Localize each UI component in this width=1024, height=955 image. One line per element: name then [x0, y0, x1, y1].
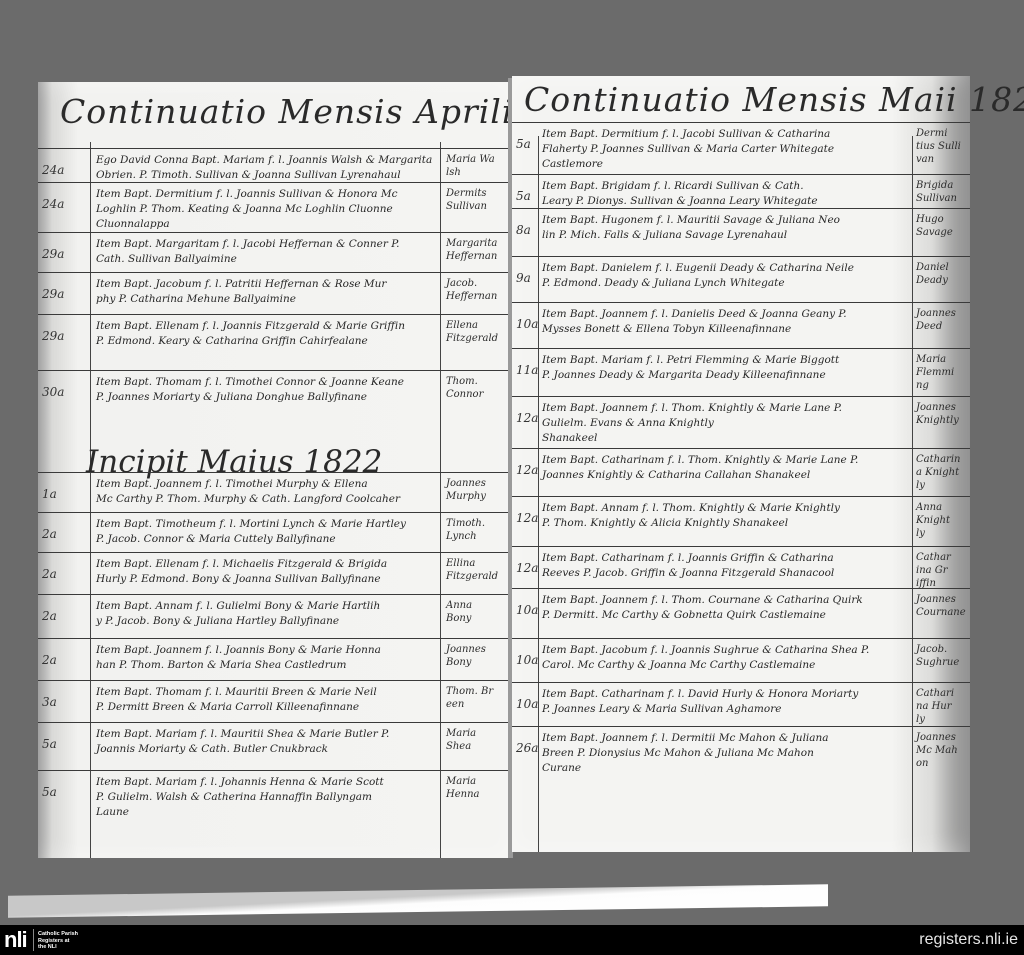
register-entry-row: 10aItem Bapt. Catharinam f. l. David Hur…: [512, 682, 970, 726]
entry-line: Curane: [542, 761, 829, 776]
register-entry-row: 10aItem Bapt. Jacobum f. l. Joannis Sugh…: [512, 638, 970, 682]
entry-line: P. Joannes Leary & Maria Sullivan Aghamo…: [542, 702, 858, 717]
register-entry-row: 5aItem Bapt. Mariam f. l. Mauritii Shea …: [38, 722, 510, 770]
logo-divider: [33, 929, 34, 951]
entry-day: 30a: [42, 385, 64, 399]
entry-line: Item Bapt. Joannem f. l. Thom. Cournane …: [542, 593, 863, 608]
entry-line: P. Edmond. Keary & Catharina Griffin Cah…: [96, 334, 405, 349]
entry-line: Item Bapt. Mariam f. l. Petri Flemming &…: [542, 353, 839, 368]
entry-margin-name: Thom. Br een: [446, 685, 493, 711]
entry-day: 2a: [42, 609, 57, 623]
entry-line: Cath. Sullivan Ballyaimine: [96, 252, 400, 267]
entry-day: 10a: [516, 697, 538, 711]
register-entry-row: 8aItem Bapt. Hugonem f. l. Mauritii Sava…: [512, 208, 970, 256]
entry-text: Item Bapt. Catharinam f. l. Joannis Grif…: [542, 551, 834, 581]
entry-line: Item Bapt. Danielem f. l. Eugenii Deady …: [542, 261, 854, 276]
entry-text: Item Bapt. Mariam f. l. Johannis Henna &…: [96, 775, 384, 820]
entry-day: 26a: [516, 741, 538, 755]
entry-margin-name: Joannes Knightly: [916, 401, 959, 427]
entry-line: Mc Carthy P. Thom. Murphy & Cath. Langfo…: [96, 492, 400, 507]
entry-day: 12a: [516, 411, 538, 425]
entry-line: Ego David Conna Bapt. Mariam f. l. Joann…: [96, 153, 432, 168]
register-entry-row: 12aItem Bapt. Catharinam f. l. Thom. Kni…: [512, 448, 970, 496]
entry-margin-name: Margarita Heffernan: [446, 237, 497, 263]
entry-line: Item Bapt. Catharinam f. l. David Hurly …: [542, 687, 858, 702]
entry-line: Obrien. P. Timoth. Sullivan & Joanna Sul…: [96, 168, 432, 183]
entry-line: Breen P. Dionysius Mc Mahon & Juliana Mc…: [542, 746, 829, 761]
register-entry-row: 29aItem Bapt. Ellenam f. l. Joannis Fitz…: [38, 314, 510, 370]
entry-text: Item Bapt. Joannem f. l. Joannis Bony & …: [96, 643, 381, 673]
entry-day: 12a: [516, 561, 538, 575]
entry-text: Item Bapt. Catharinam f. l. David Hurly …: [542, 687, 858, 717]
entry-line: Item Bapt. Thomam f. l. Timothei Connor …: [96, 375, 404, 390]
entry-line: phy P. Catharina Mehune Ballyaimine: [96, 292, 386, 307]
register-entry-row: 29aItem Bapt. Margaritam f. l. Jacobi He…: [38, 232, 510, 272]
entry-text: Item Bapt. Margaritam f. l. Jacobi Heffe…: [96, 237, 400, 267]
register-entry-row: 30aItem Bapt. Thomam f. l. Timothei Conn…: [38, 370, 510, 422]
entry-day: 24a: [42, 197, 64, 211]
entry-line: P. Dermitt. Mc Carthy & Gobnetta Quirk C…: [542, 608, 863, 623]
registers-site-link[interactable]: registers.nli.ie: [919, 931, 1018, 949]
entry-day: 8a: [516, 223, 531, 237]
entry-line: Item Bapt. Thomam f. l. Mauritii Breen &…: [96, 685, 377, 700]
entry-margin-name: Maria Flemmi ng: [916, 353, 954, 392]
entry-line: Shanakeel: [542, 431, 842, 446]
entry-text: Item Bapt. Danielem f. l. Eugenii Deady …: [542, 261, 854, 291]
entry-day: 11a: [516, 363, 538, 377]
entry-line: Leary P. Dionys. Sullivan & Joanna Leary…: [542, 194, 818, 209]
entry-line: Item Bapt. Jacobum f. l. Patritii Heffer…: [96, 277, 386, 292]
entry-margin-name: Anna Knight ly: [916, 501, 950, 540]
entry-text: Item Bapt. Thomam f. l. Mauritii Breen &…: [96, 685, 377, 715]
entry-day: 3a: [42, 695, 57, 709]
register-entry-row: 3aItem Bapt. Thomam f. l. Mauritii Breen…: [38, 680, 510, 722]
entry-day: 29a: [42, 247, 64, 261]
entry-line: P. Gulielm. Walsh & Catherina Hannaffin …: [96, 790, 384, 805]
entry-line: Hurly P. Edmond. Bony & Joanna Sullivan …: [96, 572, 387, 587]
register-entry-row: 11aItem Bapt. Mariam f. l. Petri Flemmin…: [512, 348, 970, 396]
entry-line: y P. Jacob. Bony & Juliana Hartley Bally…: [96, 614, 380, 629]
entry-line: Item Bapt. Brigidam f. l. Ricardi Sulliv…: [542, 179, 818, 194]
register-entry-row: 2aItem Bapt. Joannem f. l. Joannis Bony …: [38, 638, 510, 680]
register-entry-row: 26aItem Bapt. Joannem f. l. Dermitii Mc …: [512, 726, 970, 780]
entry-margin-name: Joannes Mc Mah on: [916, 731, 958, 770]
entry-day: 29a: [42, 287, 64, 301]
entry-line: Joannis Moriarty & Cath. Butler Cnukbrac…: [96, 742, 389, 757]
entry-line: P. Dermitt Breen & Maria Carroll Killeen…: [96, 700, 377, 715]
entry-text: Item Bapt. Dermitium f. l. Joannis Sulli…: [96, 187, 398, 232]
entry-line: P. Jacob. Connor & Maria Cuttely Ballyfi…: [96, 532, 406, 547]
entry-text: Item Bapt. Mariam f. l. Petri Flemming &…: [542, 353, 839, 383]
entry-line: Item Bapt. Catharinam f. l. Joannis Grif…: [542, 551, 834, 566]
entry-line: Item Bapt. Jacobum f. l. Joannis Sughrue…: [542, 643, 869, 658]
entry-line: Item Bapt. Mariam f. l. Mauritii Shea & …: [96, 727, 389, 742]
entry-text: Item Bapt. Joannem f. l. Thom. Knightly …: [542, 401, 842, 446]
register-entry-row: 12aItem Bapt. Annam f. l. Thom. Knightly…: [512, 496, 970, 546]
entry-line: P. Thom. Knightly & Alicia Knightly Shan…: [542, 516, 840, 531]
register-entry-row: 29aItem Bapt. Jacobum f. l. Patritii Hef…: [38, 272, 510, 314]
nli-logo: nli: [4, 929, 27, 951]
entry-margin-name: Jacob. Heffernan: [446, 277, 497, 303]
register-entry-row: 24aEgo David Conna Bapt. Mariam f. l. Jo…: [38, 148, 510, 182]
entry-margin-name: Cathari na Hur ly: [916, 687, 954, 726]
entry-text: Item Bapt. Annam f. l. Gulielmi Bony & M…: [96, 599, 380, 629]
entry-day: 10a: [516, 603, 538, 617]
entry-day: 1a: [42, 487, 57, 501]
entry-line: lin P. Mich. Falls & Juliana Savage Lyre…: [542, 228, 840, 243]
entry-margin-name: Ellena Fitzgerald: [446, 319, 498, 345]
entry-text: Item Bapt. Jacobum f. l. Joannis Sughrue…: [542, 643, 869, 673]
entry-line: Loghlin P. Thom. Keating & Joanna Mc Log…: [96, 202, 398, 217]
entry-line: Laune: [96, 805, 384, 820]
entry-text: Item Bapt. Mariam f. l. Mauritii Shea & …: [96, 727, 389, 757]
entry-line: Item Bapt. Mariam f. l. Johannis Henna &…: [96, 775, 384, 790]
entry-margin-name: Joannes Bony: [446, 643, 486, 669]
entry-line: Item Bapt. Joannem f. l. Dermitii Mc Mah…: [542, 731, 829, 746]
register-entry-row: 12aItem Bapt. Catharinam f. l. Joannis G…: [512, 546, 970, 588]
right-page-heading: Continuatio Mensis Maii 1822: [524, 80, 1024, 119]
register-entry-row: 5aItem Bapt. Brigidam f. l. Ricardi Sull…: [512, 174, 970, 208]
footer-bar: nli Catholic Parish Registers at the NLI…: [0, 925, 1024, 955]
entry-margin-name: Joannes Murphy: [446, 477, 486, 503]
entry-line: Joannes Knightly & Catharina Callahan Sh…: [542, 468, 858, 483]
entry-day: 12a: [516, 463, 538, 477]
entry-day: 2a: [42, 567, 57, 581]
entry-margin-name: Anna Bony: [446, 599, 472, 625]
register-entry-row: 24aItem Bapt. Dermitium f. l. Joannis Su…: [38, 182, 510, 232]
register-entry-row: 1aItem Bapt. Joannem f. l. Timothei Murp…: [38, 472, 510, 512]
entry-day: 10a: [516, 653, 538, 667]
entry-margin-name: Joannes Cournane: [916, 593, 966, 619]
entry-line: Carol. Mc Carthy & Joanna Mc Carthy Cast…: [542, 658, 869, 673]
entry-margin-name: Cathar ina Gr iffin: [916, 551, 951, 590]
register-entry-row: 9aItem Bapt. Danielem f. l. Eugenii Dead…: [512, 256, 970, 302]
entry-text: Item Bapt. Dermitium f. l. Jacobi Sulliv…: [542, 127, 834, 172]
entry-line: Item Bapt. Ellenam f. l. Michaelis Fitzg…: [96, 557, 387, 572]
entry-day: 29a: [42, 329, 64, 343]
entry-line: Item Bapt. Annam f. l. Gulielmi Bony & M…: [96, 599, 380, 614]
entry-line: Item Bapt. Ellenam f. l. Joannis Fitzger…: [96, 319, 405, 334]
entry-line: Cluonnalappa: [96, 217, 398, 232]
entry-line: Item Bapt. Timotheum f. l. Mortini Lynch…: [96, 517, 406, 532]
entry-text: Item Bapt. Ellenam f. l. Michaelis Fitzg…: [96, 557, 387, 587]
register-image-viewer[interactable]: Continuatio Mensis Aprilis 1822 Incipit …: [0, 0, 1024, 925]
register-entry-row: 2aItem Bapt. Ellenam f. l. Michaelis Fit…: [38, 552, 510, 594]
entry-margin-name: Joannes Deed: [916, 307, 956, 333]
entry-text: Item Bapt. Thomam f. l. Timothei Connor …: [96, 375, 404, 405]
register-entry-row: 12aItem Bapt. Joannem f. l. Thom. Knight…: [512, 396, 970, 448]
entry-line: P. Joannes Moriarty & Juliana Donghue Ba…: [96, 390, 404, 405]
logo-caption: Catholic Parish Registers at the NLI: [38, 931, 78, 951]
entry-line: Item Bapt. Catharinam f. l. Thom. Knight…: [542, 453, 858, 468]
entry-day: 10a: [516, 317, 538, 331]
entry-line: Item Bapt. Dermitium f. l. Jacobi Sulliv…: [542, 127, 834, 142]
entry-margin-name: Timoth. Lynch: [446, 517, 485, 543]
entry-margin-name: Hugo Savage: [916, 213, 953, 239]
entry-text: Item Bapt. Joannem f. l. Dermitii Mc Mah…: [542, 731, 829, 776]
entry-text: Item Bapt. Jacobum f. l. Patritii Heffer…: [96, 277, 386, 307]
entry-line: han P. Thom. Barton & Maria Shea Castled…: [96, 658, 381, 673]
entry-day: 5a: [42, 737, 57, 751]
entry-margin-name: Ellina Fitzgerald: [446, 557, 498, 583]
entry-text: Item Bapt. Catharinam f. l. Thom. Knight…: [542, 453, 858, 483]
register-entry-row: 5aItem Bapt. Mariam f. l. Johannis Henna…: [38, 770, 510, 832]
entry-margin-name: Jacob. Sughrue: [916, 643, 959, 669]
entry-margin-name: Maria Wa lsh: [446, 153, 495, 179]
entry-day: 24a: [42, 163, 64, 177]
entry-line: Item Bapt. Dermitium f. l. Joannis Sulli…: [96, 187, 398, 202]
entry-day: 12a: [516, 511, 538, 525]
entry-text: Item Bapt. Hugonem f. l. Mauritii Savage…: [542, 213, 840, 243]
page-edge-strip: [8, 884, 828, 917]
entry-line: Item Bapt. Joannem f. l. Danielis Deed &…: [542, 307, 847, 322]
entry-day: 5a: [42, 785, 57, 799]
entry-line: Item Bapt. Hugonem f. l. Mauritii Savage…: [542, 213, 840, 228]
entry-line: Item Bapt. Joannem f. l. Joannis Bony & …: [96, 643, 381, 658]
entry-text: Item Bapt. Joannem f. l. Danielis Deed &…: [542, 307, 847, 337]
entry-text: Ego David Conna Bapt. Mariam f. l. Joann…: [96, 153, 432, 183]
entry-text: Item Bapt. Ellenam f. l. Joannis Fitzger…: [96, 319, 405, 349]
entry-line: Item Bapt. Joannem f. l. Timothei Murphy…: [96, 477, 400, 492]
entry-line: Castlemore: [542, 157, 834, 172]
entry-day: 9a: [516, 271, 531, 285]
entry-line: P. Joannes Deady & Margarita Deady Kille…: [542, 368, 839, 383]
register-entry-row: 10aItem Bapt. Joannem f. l. Thom. Courna…: [512, 588, 970, 638]
entry-margin-name: Brigida Sullivan: [916, 179, 957, 205]
entry-text: Item Bapt. Annam f. l. Thom. Knightly & …: [542, 501, 840, 531]
entry-day: 5a: [516, 189, 531, 203]
register-entry-row: 2aItem Bapt. Timotheum f. l. Mortini Lyn…: [38, 512, 510, 552]
entry-text: Item Bapt. Timotheum f. l. Mortini Lynch…: [96, 517, 406, 547]
entry-margin-name: Maria Shea: [446, 727, 476, 753]
right-register-page: Continuatio Mensis Maii 1822 5aItem Bapt…: [512, 76, 970, 852]
entry-line: Gulielm. Evans & Anna Knightly: [542, 416, 842, 431]
entry-line: P. Edmond. Deady & Juliana Lynch Whitega…: [542, 276, 854, 291]
entry-day: 5a: [516, 137, 531, 151]
entry-margin-name: Dermits Sullivan: [446, 187, 487, 213]
entry-line: Reeves P. Jacob. Griffin & Joanna Fitzge…: [542, 566, 834, 581]
entry-line: Flaherty P. Joannes Sullivan & Maria Car…: [542, 142, 834, 157]
entry-line: Item Bapt. Margaritam f. l. Jacobi Heffe…: [96, 237, 400, 252]
register-entry-row: 10aItem Bapt. Joannem f. l. Danielis Dee…: [512, 302, 970, 348]
entry-text: Item Bapt. Joannem f. l. Timothei Murphy…: [96, 477, 400, 507]
entry-line: Mysses Bonett & Ellena Tobyn Killeenafin…: [542, 322, 847, 337]
entry-margin-name: Dermi tius Sulli van: [916, 127, 961, 166]
entry-line: Item Bapt. Annam f. l. Thom. Knightly & …: [542, 501, 840, 516]
entry-margin-name: Daniel Deady: [916, 261, 949, 287]
left-register-page: Continuatio Mensis Aprilis 1822 Incipit …: [38, 82, 510, 858]
entry-text: Item Bapt. Brigidam f. l. Ricardi Sulliv…: [542, 179, 818, 209]
register-entry-row: 5aItem Bapt. Dermitium f. l. Jacobi Sull…: [512, 122, 970, 174]
register-entry-row: 2aItem Bapt. Annam f. l. Gulielmi Bony &…: [38, 594, 510, 638]
entry-text: Item Bapt. Joannem f. l. Thom. Cournane …: [542, 593, 863, 623]
entry-margin-name: Maria Henna: [446, 775, 479, 801]
entry-line: Item Bapt. Joannem f. l. Thom. Knightly …: [542, 401, 842, 416]
entry-day: 2a: [42, 527, 57, 541]
entry-margin-name: Thom. Connor: [446, 375, 483, 401]
entry-day: 2a: [42, 653, 57, 667]
entry-margin-name: Catharin a Knight ly: [916, 453, 960, 492]
